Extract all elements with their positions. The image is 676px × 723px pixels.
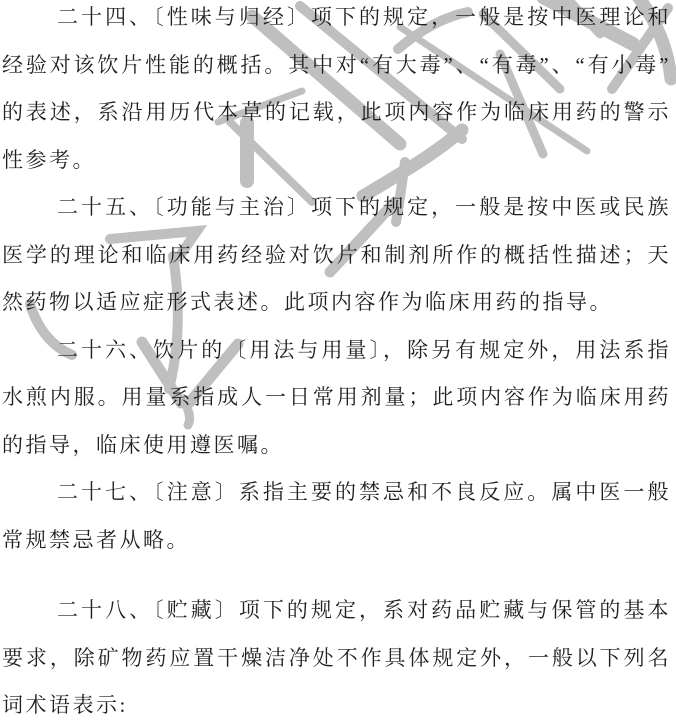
paragraph-item-26: 二十六、饮片的〔用法与用量〕，除另有规定外，用法系指水煎内服。用量系指成人一日常… — [2, 327, 671, 470]
document-page: 二十四、〔性味与归经〕项下的规定，一般是按中医理论和经验对该饮片性能的概括。其中… — [0, 0, 676, 717]
document-text: 二十四、〔性味与归经〕项下的规定，一般是按中医理论和经验对该饮片性能的概括。其中… — [0, 0, 676, 723]
paragraph-item-24: 二十四、〔性味与归经〕项下的规定，一般是按中医理论和经验对该饮片性能的概括。其中… — [2, 0, 671, 184]
paragraph-item-28: 二十八、〔贮藏〕项下的规定，系对药品贮藏与保管的基本要求，除矿物药应置干燥洁净处… — [2, 587, 671, 723]
paragraph-item-27: 二十七、〔注意〕系指主要的禁忌和不良反应。属中医一般常规禁忌者从略。 — [2, 469, 671, 564]
paragraph-item-25: 二十五、〔功能与主治〕项下的规定，一般是按中医或民族医学的理论和临床用药经验对饮… — [2, 184, 671, 327]
